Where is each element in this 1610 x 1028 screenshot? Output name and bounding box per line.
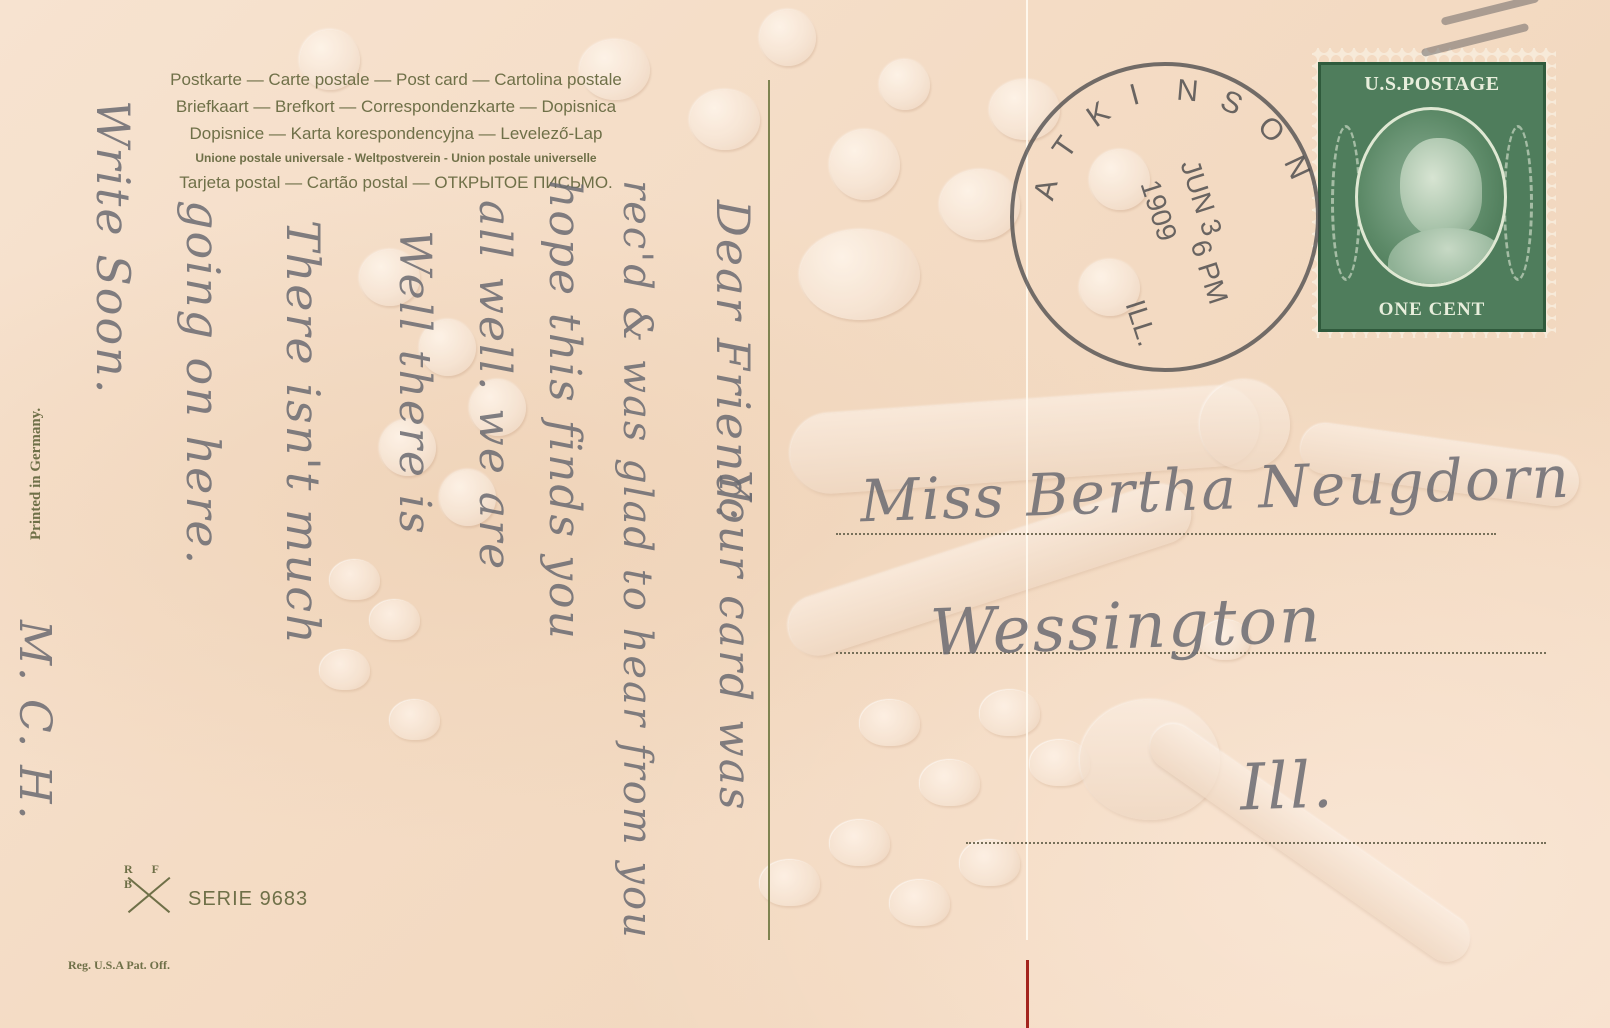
message-line: going on here. (176, 200, 230, 566)
printed-header: Postkarte — Carte postale — Post card — … (96, 66, 696, 196)
address-town: Wessington (929, 583, 1324, 671)
message-line: all well. we are (469, 200, 520, 571)
address-line-3 (966, 842, 1546, 844)
header-line: Postkarte — Carte postale — Post card — … (96, 66, 696, 93)
message-line: rec'd & was glad to hear from you (614, 180, 660, 940)
stamp-top-text: U.S.POSTAGE (1321, 73, 1543, 96)
message-line: There isn't much (276, 220, 330, 646)
publisher-logo-icon: R F B (118, 868, 178, 918)
message-line: Well there is (389, 230, 440, 536)
postage-stamp: U.S.POSTAGE ONE CENT (1318, 62, 1546, 332)
cancellation-mark (1441, 0, 1540, 26)
address-state: Ill. (1239, 748, 1336, 825)
printed-in-germany: Printed in Germany. (28, 408, 45, 540)
postcard-back: Postkarte — Carte postale — Post card — … (0, 0, 1610, 1028)
serie-number: SERIE 9683 (188, 888, 308, 911)
address-line-1 (836, 533, 1496, 535)
center-divider-line (768, 80, 770, 940)
header-line: Dopisnice — Karta korespondencyjna — Lev… (96, 120, 696, 147)
header-line: Tarjeta postal — Cartão postal — ОТКРЫТО… (96, 169, 696, 196)
registration-mark: Reg. U.S.A Pat. Off. (68, 958, 170, 973)
header-line-upu: Unione postale universale - Weltpostvere… (96, 147, 696, 169)
postmark: ATKINSON JUN 3 1909 6 PM ILL. (1010, 62, 1320, 372)
stamp-bottom-text: ONE CENT (1321, 299, 1543, 321)
message-signature: M. C. H. (9, 620, 60, 821)
red-edge-line (1026, 960, 1029, 1028)
franklin-portrait-icon (1355, 107, 1507, 287)
message-line: Your card was (709, 470, 760, 812)
header-line: Briefkaart — Brefkort — Correspondenzkar… (96, 93, 696, 120)
message-line: hope this finds you (539, 180, 590, 641)
message-line: Write Soon. (86, 100, 140, 395)
